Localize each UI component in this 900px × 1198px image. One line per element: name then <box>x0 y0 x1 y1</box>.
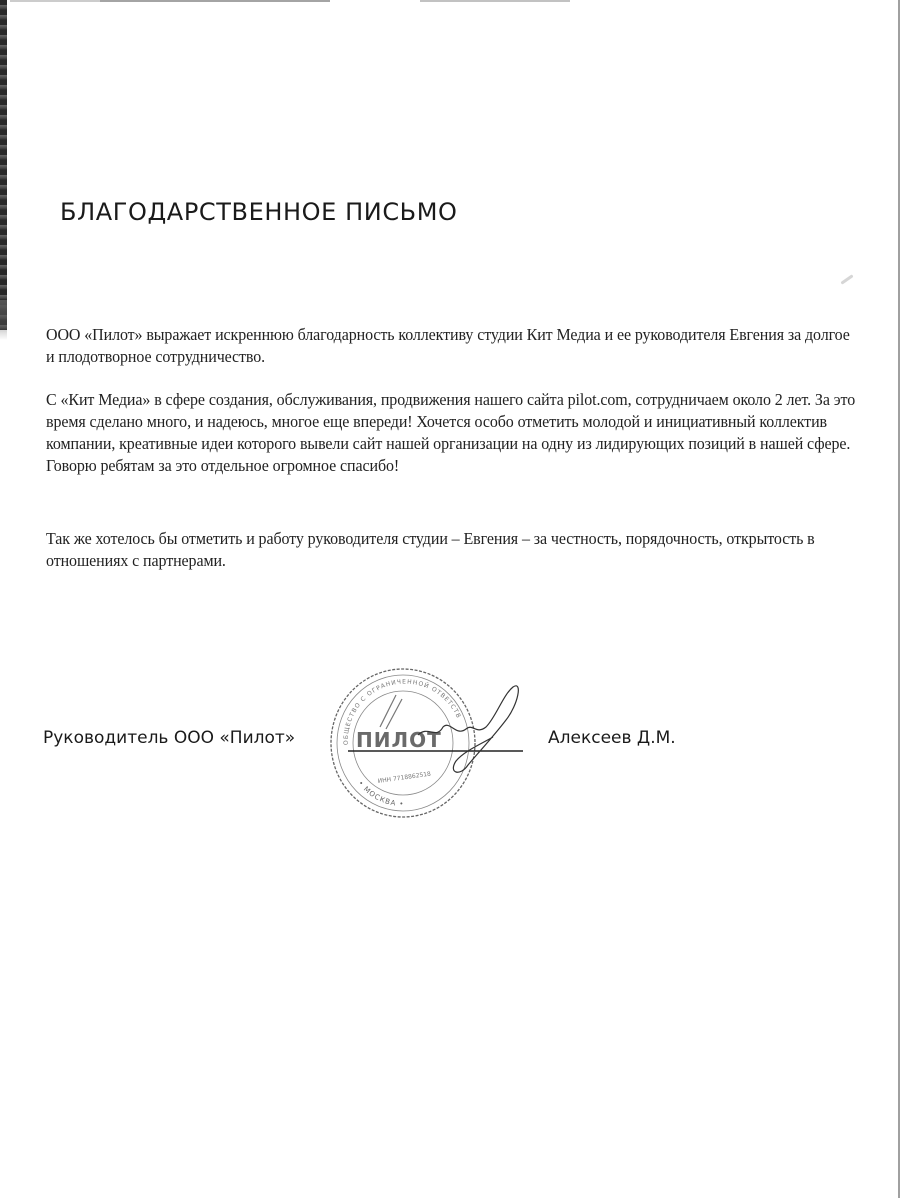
scan-edge-artifact-top <box>420 0 570 2</box>
svg-text:ИНН 7718862518: ИНН 7718862518 <box>377 771 431 785</box>
scan-speck <box>840 274 853 284</box>
signature-position-label: Руководитель ООО «Пилот» <box>43 728 295 748</box>
company-seal-with-signature: ОБЩЕСТВО С ОГРАНИЧЕННОЙ ОТВЕТСТВЕННОСТЬЮ… <box>318 665 528 820</box>
round-company-seal-icon: ОБЩЕСТВО С ОГРАНИЧЕННОЙ ОТВЕТСТВЕННОСТЬЮ… <box>318 665 528 820</box>
letter-title: БЛАГОДАРСТВЕННОЕ ПИСЬМО <box>60 198 458 226</box>
signer-name: Алексеев Д.М. <box>548 728 676 748</box>
letter-paragraph-1: ООО «Пилот» выражает искреннюю благодарн… <box>46 324 861 368</box>
letter-paragraph-2: С «Кит Медиа» в сфере создания, обслужив… <box>46 389 861 477</box>
letter-paragraph-3: Так же хотелось бы отметить и работу рук… <box>46 528 861 572</box>
scan-edge-artifact-top <box>100 0 330 2</box>
scan-edge-artifact-left <box>0 0 7 330</box>
scanned-letter-page: БЛАГОДАРСТВЕННОЕ ПИСЬМО ООО «Пилот» выра… <box>0 0 900 1198</box>
